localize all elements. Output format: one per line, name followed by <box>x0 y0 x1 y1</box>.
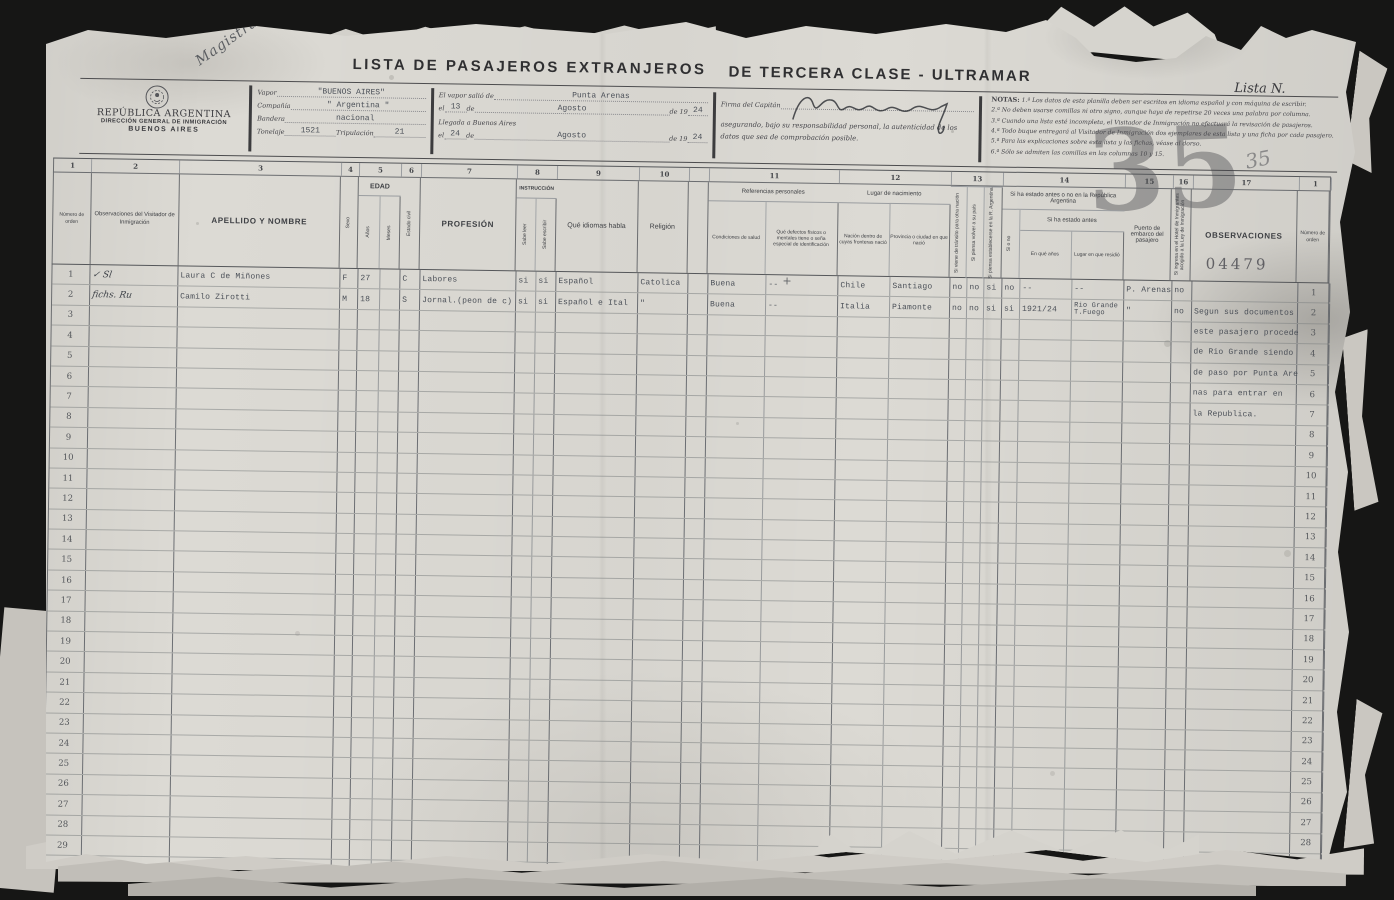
cell-sino <box>996 707 1014 727</box>
sabe-escribir-label: Sabe escribir <box>543 220 549 249</box>
cell-anios <box>353 656 375 676</box>
cell-p3 <box>980 564 998 584</box>
cell-idiomas <box>551 639 633 660</box>
cell-salud <box>701 764 759 784</box>
cell-anios <box>355 493 377 513</box>
cell-anios <box>357 330 379 350</box>
cell-p1 <box>942 828 959 848</box>
cell-obs <box>84 693 172 714</box>
cell-rel <box>636 396 686 416</box>
cell-p3 <box>982 441 1000 461</box>
cell-leer <box>512 557 532 577</box>
cell-obs <box>82 795 170 816</box>
cell-hotel <box>1168 587 1188 607</box>
voyage-info-block: El vapor salió dePunta Arenas el13 deAgo… <box>434 84 712 162</box>
cell-prov <box>883 746 943 766</box>
cell-estado <box>397 494 417 514</box>
cell-idiomas <box>553 496 635 517</box>
cell-name: Laura C de Miñones <box>178 266 340 288</box>
cell-n: 21 <box>46 672 84 692</box>
cell-prof <box>417 494 513 515</box>
cell-x <box>682 702 702 722</box>
cell-x <box>685 478 705 498</box>
cell-hotel <box>1168 546 1188 566</box>
cell-orden: 26 <box>1291 793 1323 813</box>
cell-sexo <box>337 513 355 533</box>
typed-value: Italia <box>840 302 870 311</box>
cell-lugarres <box>1071 341 1123 361</box>
cell-sexo <box>335 615 353 635</box>
cell-name <box>176 429 338 451</box>
cell-orden: 27 <box>1290 813 1322 833</box>
cell-lugarres <box>1071 361 1123 381</box>
handwritten-note: fichs. Ru <box>91 290 132 301</box>
cell-enanios <box>1020 320 1072 340</box>
typed-value: no <box>1004 284 1014 293</box>
cell-p1 <box>945 624 962 644</box>
cell-obs17: este pasajero procede <box>1192 322 1298 343</box>
cell-idiomas <box>552 537 634 558</box>
cell-anios <box>352 677 374 697</box>
cell-p2 <box>965 400 982 420</box>
cell-leer <box>515 373 535 393</box>
cell-meses <box>372 840 392 860</box>
cell-idiomas <box>548 802 630 823</box>
cell-x <box>687 335 707 355</box>
cell-idiomas: Español e Ital <box>556 292 638 313</box>
cell-idiomas <box>550 700 632 721</box>
salida-label: El vapor salió de <box>439 91 494 100</box>
cell-estado <box>398 392 418 412</box>
cell-orden: 6 <box>1297 385 1329 405</box>
cell-p3: si <box>984 278 1002 298</box>
cell-escr <box>530 720 550 740</box>
cell-rel <box>638 314 688 334</box>
cell-sino <box>999 482 1017 502</box>
cell-prov <box>888 399 948 419</box>
cell-escr <box>531 639 551 659</box>
cell-rel <box>635 497 685 517</box>
cell-rel <box>632 722 682 742</box>
cell-salud <box>707 376 765 396</box>
cell-hotel <box>1170 444 1190 464</box>
cell-meses <box>374 677 394 697</box>
cell-sexo <box>339 371 357 391</box>
cell-hotel <box>1165 750 1185 770</box>
cell-obs17: Segun sus documentos <box>1192 302 1298 323</box>
cell-leer <box>515 353 535 373</box>
cell-prof <box>417 515 513 536</box>
cell-x <box>680 824 700 844</box>
cell-orden: 9 <box>1296 446 1328 466</box>
cell-leer <box>513 496 533 516</box>
cell-obs <box>90 306 178 327</box>
cell-escr <box>528 843 548 863</box>
cell-prof <box>414 678 510 699</box>
cell-anios <box>356 432 378 452</box>
document-page: LISTA DE PASAJEROS EXTRANJEROS DE TERCER… <box>46 12 1358 868</box>
cell-x <box>680 804 700 824</box>
cell-prov <box>888 440 948 460</box>
cell-leer <box>509 781 529 801</box>
cell-p2 <box>961 686 978 706</box>
cell-hotel: no <box>1172 302 1192 322</box>
cell-salud <box>706 417 764 437</box>
cell-orden: 5 <box>1297 365 1329 385</box>
cell-n: 28 <box>44 815 82 835</box>
cell-n: 29 <box>44 835 82 855</box>
cell-defectos <box>759 744 831 764</box>
cell-puerto <box>1119 607 1167 627</box>
cell-anios <box>356 453 378 473</box>
cell-salud <box>700 825 758 845</box>
cell-estado <box>392 841 412 861</box>
typed-value: 1921/24 <box>1022 304 1057 314</box>
cell-leer: si <box>516 271 536 291</box>
cell-nacion <box>832 664 884 684</box>
cell-prov <box>889 379 949 399</box>
si-ha-estado-antes-label: Si ha estado antes <box>1020 210 1124 233</box>
cell-p3 <box>981 462 999 482</box>
column-number: 12 <box>840 170 952 185</box>
passenger-table: 12345678910111213141516171 Número de ord… <box>42 158 1331 897</box>
cell-p2: no <box>967 298 984 318</box>
cell-obs17 <box>1186 710 1292 731</box>
cell-sexo <box>338 452 356 472</box>
cell-hotel <box>1167 607 1187 627</box>
cell-defectos <box>764 397 836 417</box>
cell-x <box>684 559 704 579</box>
cell-n: 17 <box>47 591 85 611</box>
cell-p1 <box>949 359 966 379</box>
cell-lugarres <box>1069 484 1121 504</box>
cell-estado <box>395 616 415 636</box>
cell-prov <box>885 603 945 623</box>
cell-obs <box>88 408 176 429</box>
cell-p2 <box>960 767 977 787</box>
cell-x <box>682 682 702 702</box>
col-header-meses: Meses <box>380 196 401 268</box>
cell-sexo <box>335 595 353 615</box>
cell-sino <box>1001 340 1019 360</box>
cell-obs17 <box>1187 648 1293 669</box>
cell-sino <box>1000 401 1018 421</box>
cell-name <box>172 674 334 696</box>
cell-meses <box>376 575 396 595</box>
photo-backdrop: LISTA DE PASAJEROS EXTRANJEROS DE TERCER… <box>0 0 1394 900</box>
proposito-3-label: Si piensa establecerse en la R. Argentin… <box>989 187 996 279</box>
cell-nacion <box>834 562 886 582</box>
column-number: 4 <box>342 163 360 176</box>
cell-obs17 <box>1187 608 1293 629</box>
cell-obs17 <box>1185 750 1291 771</box>
cell-salud <box>706 397 764 417</box>
cell-enanios <box>1016 564 1068 584</box>
cell-p2 <box>961 665 978 685</box>
typed-value: no <box>952 303 962 312</box>
typed-value: -- <box>1022 284 1032 293</box>
cell-name <box>173 613 335 635</box>
cell-leer <box>508 842 528 862</box>
cell-sino <box>996 666 1014 686</box>
cell-p1 <box>947 461 964 481</box>
typed-value: " <box>1126 306 1131 315</box>
cell-enanios <box>1014 666 1066 686</box>
cell-p2 <box>960 747 977 767</box>
cell-rel <box>633 640 683 660</box>
cell-escr: si <box>536 272 556 292</box>
cell-salud <box>703 621 761 641</box>
cell-enanios <box>1018 422 1070 442</box>
cell-leer <box>513 516 533 536</box>
cell-hotel <box>1166 669 1186 689</box>
cell-n: 26 <box>45 774 83 794</box>
cell-escr <box>529 781 549 801</box>
col-group-proposito: Propósito de su venida a la República Ar… <box>949 186 1002 278</box>
cell-prof <box>419 352 515 373</box>
cell-meses <box>380 310 400 330</box>
cell-sino <box>1001 360 1019 380</box>
cell-hotel <box>1172 322 1192 342</box>
cell-sexo <box>339 330 357 350</box>
cell-anios <box>351 738 373 758</box>
cell-obs17 <box>1192 281 1298 302</box>
cell-orden: 8 <box>1296 426 1328 446</box>
estado-civil-label: Estado civil <box>407 211 413 236</box>
cell-prov <box>883 766 943 786</box>
cell-p1 <box>943 747 960 767</box>
cell-enanios <box>1013 748 1065 768</box>
cell-hotel <box>1171 342 1191 362</box>
cell-leer <box>512 577 532 597</box>
cell-puerto <box>1119 627 1167 647</box>
cell-p1 <box>945 645 962 665</box>
cell-orden: 15 <box>1294 568 1326 588</box>
proposito-2-label: Si piensa volver a su país <box>971 204 977 261</box>
national-seal-icon <box>142 82 172 112</box>
cell-p3 <box>982 401 1000 421</box>
cell-escr <box>534 414 554 434</box>
cell-sino: no <box>1002 279 1020 299</box>
cell-sino <box>1000 421 1018 441</box>
cell-orden: 18 <box>1293 630 1325 650</box>
cell-nacion <box>832 684 884 704</box>
proposito-1-label: Si viene de tránsito para otra nación <box>954 193 961 273</box>
cell-lugarres <box>1065 769 1117 789</box>
cell-meses <box>380 290 400 310</box>
cell-obs <box>87 469 175 490</box>
cell-idiomas <box>548 822 630 843</box>
anios-label: Años <box>366 226 372 237</box>
notas-label: NOTAS: <box>991 95 1019 103</box>
cell-escr <box>530 679 550 699</box>
cell-p3 <box>978 707 996 727</box>
cell-p3 <box>980 543 998 563</box>
column-number: 17 <box>1194 175 1300 190</box>
salida-dia: 13 <box>444 102 466 112</box>
cell-nacion <box>832 704 884 724</box>
typed-value: 27 <box>360 274 370 283</box>
cell-prov <box>885 624 945 644</box>
cell-estado: S <box>400 290 420 310</box>
cell-x <box>682 723 702 743</box>
cell-estado <box>398 433 418 453</box>
cell-meses <box>380 269 400 289</box>
cell-p3 <box>978 666 996 686</box>
cell-idiomas <box>554 394 636 415</box>
cell-defectos <box>762 581 834 601</box>
cell-orden: 22 <box>1292 711 1324 731</box>
cell-enanios <box>1018 442 1070 462</box>
cell-obs <box>87 489 175 510</box>
cell-n: 12 <box>49 489 87 509</box>
vapor-label: Vapor <box>257 89 276 97</box>
cell-obs17 <box>1185 771 1291 792</box>
cell-leer <box>510 720 530 740</box>
cell-lugarres <box>1067 626 1119 646</box>
cell-escr <box>532 557 552 577</box>
cell-salud <box>700 804 758 824</box>
cell-nacion <box>833 643 885 663</box>
cell-meses <box>377 473 397 493</box>
column-number: 5 <box>360 163 402 177</box>
cell-puerto <box>1123 362 1171 382</box>
cell-estado <box>397 474 417 494</box>
cell-name <box>171 756 333 778</box>
cell-sexo <box>334 697 352 717</box>
cell-sino <box>999 503 1017 523</box>
cell-n: 8 <box>50 407 88 427</box>
cell-estado <box>392 820 412 840</box>
cell-orden: 28 <box>1290 833 1322 853</box>
cell-sexo <box>335 656 353 676</box>
cell-rel <box>637 375 687 395</box>
cell-obs <box>83 754 171 775</box>
cell-obs <box>88 428 176 449</box>
cell-estado <box>398 453 418 473</box>
pencil-list-number: 35 <box>1243 145 1273 173</box>
typed-value: no <box>969 283 979 292</box>
cell-p1 <box>946 543 963 563</box>
col-group-lugar-nacimiento: Lugar de nacimiento Nación dentro de cuy… <box>837 184 950 277</box>
cell-lugarres <box>1068 545 1120 565</box>
cell-sexo <box>338 391 356 411</box>
cell-leer <box>513 475 533 495</box>
cell-enanios <box>1015 625 1067 645</box>
cell-obs17 <box>1189 506 1295 527</box>
cell-salud <box>702 662 760 682</box>
cell-idiomas <box>551 598 633 619</box>
cell-prof <box>413 780 509 801</box>
cell-salud <box>707 335 765 355</box>
cell-p2 <box>966 380 983 400</box>
cell-name <box>170 796 332 818</box>
page-title: LISTA DE PASAJEROS EXTRANJEROS <box>352 56 706 78</box>
cell-name <box>170 817 332 839</box>
cell-leer <box>510 659 530 679</box>
hotel-inmigrantes-label: Si ingresa en el Hotel de Inmigrantes ac… <box>1175 189 1187 280</box>
cell-lugarres <box>1065 749 1117 769</box>
cell-meses <box>378 432 398 452</box>
cell-puerto <box>1123 342 1171 362</box>
cell-p1 <box>944 665 961 685</box>
column-number: 1 <box>1300 177 1332 190</box>
typed-value: si <box>538 297 548 306</box>
cell-p3 <box>977 747 995 767</box>
cell-p1 <box>949 380 966 400</box>
cell-defectos <box>763 459 835 479</box>
cell-meses <box>377 494 397 514</box>
cell-prof <box>418 433 514 454</box>
typed-value: 18 <box>360 295 370 304</box>
cell-p1 <box>948 400 965 420</box>
typed-value: Chile <box>840 281 865 290</box>
cell-obs <box>85 591 173 612</box>
col-header-religion: Religión <box>637 181 688 273</box>
cell-rel <box>634 559 684 579</box>
cell-n: 5 <box>51 346 89 366</box>
llegada-anio: 24 <box>687 133 707 143</box>
cell-rel <box>636 436 686 456</box>
cell-sino <box>995 788 1013 808</box>
cell-orden: 7 <box>1296 405 1328 425</box>
cell-defectos <box>763 499 835 519</box>
cell-leer <box>514 455 534 475</box>
cell-meses <box>375 636 395 656</box>
cell-sexo <box>333 758 351 778</box>
cell-escr <box>535 333 555 353</box>
cell-obs17: de paso por Punta Are <box>1191 363 1297 384</box>
cell-idiomas <box>554 415 636 436</box>
col-header-sabe-escribir: Sabe escribir <box>535 199 556 271</box>
cell-puerto <box>1118 709 1166 729</box>
cell-sexo <box>338 412 356 432</box>
cell-orden: 13 <box>1295 528 1327 548</box>
cell-enanios <box>1014 687 1066 707</box>
column-number: 9 <box>558 166 640 180</box>
cell-sino <box>997 646 1015 666</box>
cell-puerto <box>1122 423 1170 443</box>
captain-signature <box>786 89 962 138</box>
lugar-nacimiento-label: Lugar de nacimiento <box>838 184 950 205</box>
col-header-en-que-anios: En qué años <box>1019 231 1072 279</box>
column-number: 11 <box>710 168 840 183</box>
cell-defectos <box>760 662 832 682</box>
cell-name <box>176 450 338 472</box>
cell-name <box>173 633 335 655</box>
cell-idiomas <box>551 619 633 640</box>
cell-name <box>175 491 337 513</box>
cell-sexo <box>336 575 354 595</box>
typed-value: P. Arenas <box>1126 286 1171 296</box>
cell-prof: Jornal.(peon de c) <box>420 290 516 311</box>
cell-rel: Catolica <box>638 273 688 293</box>
bandera-label: Bandera <box>257 115 285 123</box>
firma-label: Firma del Capitán <box>721 100 781 109</box>
cell-obs <box>85 632 173 653</box>
cell-anios <box>350 840 372 860</box>
col-header-profesion: PROFESIÓN <box>420 178 517 270</box>
cell-obs17 <box>1186 689 1292 710</box>
cell-defectos <box>764 438 836 458</box>
cell-estado <box>394 677 414 697</box>
cell-x <box>684 580 704 600</box>
cell-anios <box>355 473 377 493</box>
cell-anios <box>355 514 377 534</box>
cell-orden: 12 <box>1295 507 1327 527</box>
cell-anios <box>353 595 375 615</box>
cell-lugarres <box>1070 402 1122 422</box>
